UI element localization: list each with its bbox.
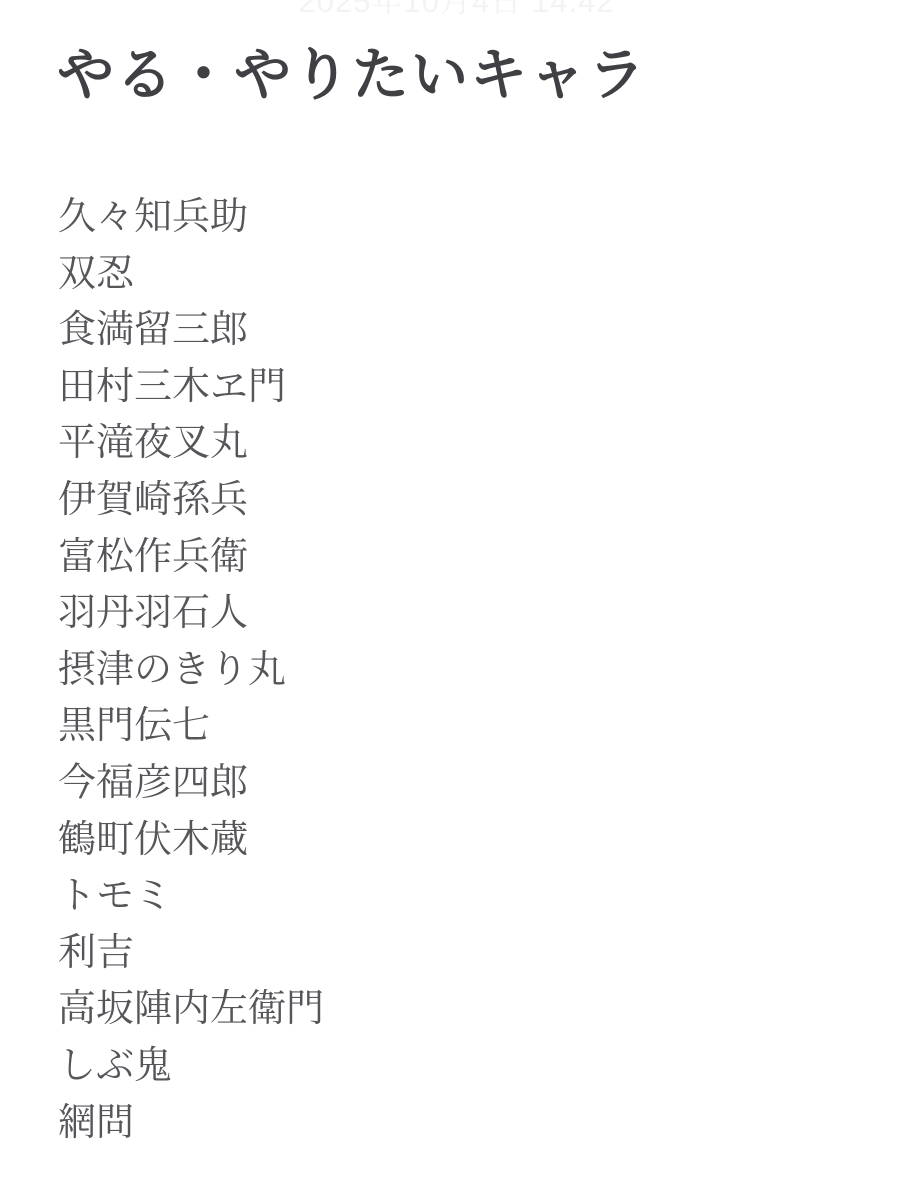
list-item: 富松作兵衛 [58,529,324,586]
list-item: トモミ [58,868,324,925]
list-item: 食満留三郎 [58,302,324,359]
list-item: 久々知兵助 [58,189,324,246]
list-item: 黒門伝七 [58,698,324,755]
note-title: やる・やりたいキャラ [57,40,647,110]
list-item: 双忍 [58,246,324,303]
list-item: 高坂陣内左衛門 [58,981,324,1038]
list-item: 今福彦四郎 [58,755,324,812]
list-item: 伊賀崎孫兵 [58,472,324,529]
list-item: しぶ鬼 [58,1038,324,1095]
note-body[interactable]: 2025年10月4日 14:42 やる・やりたいキャラ 久々知兵助双忍食満留三郎… [0,0,913,1200]
list-item: 摂津のきり丸 [58,642,324,699]
list-item: 利吉 [58,925,324,982]
list-item: 鶴町伏木蔵 [58,812,324,869]
list-item: 網問 [58,1095,324,1152]
list-item: 平滝夜叉丸 [58,415,324,472]
character-list: 久々知兵助双忍食満留三郎田村三木ヱ門平滝夜叉丸伊賀崎孫兵富松作兵衛羽丹羽石人摂津… [58,189,324,1151]
notes-app-screenshot: { "note": { "timestamp": "2025年10月4日 14:… [0,0,913,1200]
list-item: 羽丹羽石人 [58,585,324,642]
note-timestamp: 2025年10月4日 14:42 [0,0,913,20]
list-item: 田村三木ヱ門 [58,359,324,416]
